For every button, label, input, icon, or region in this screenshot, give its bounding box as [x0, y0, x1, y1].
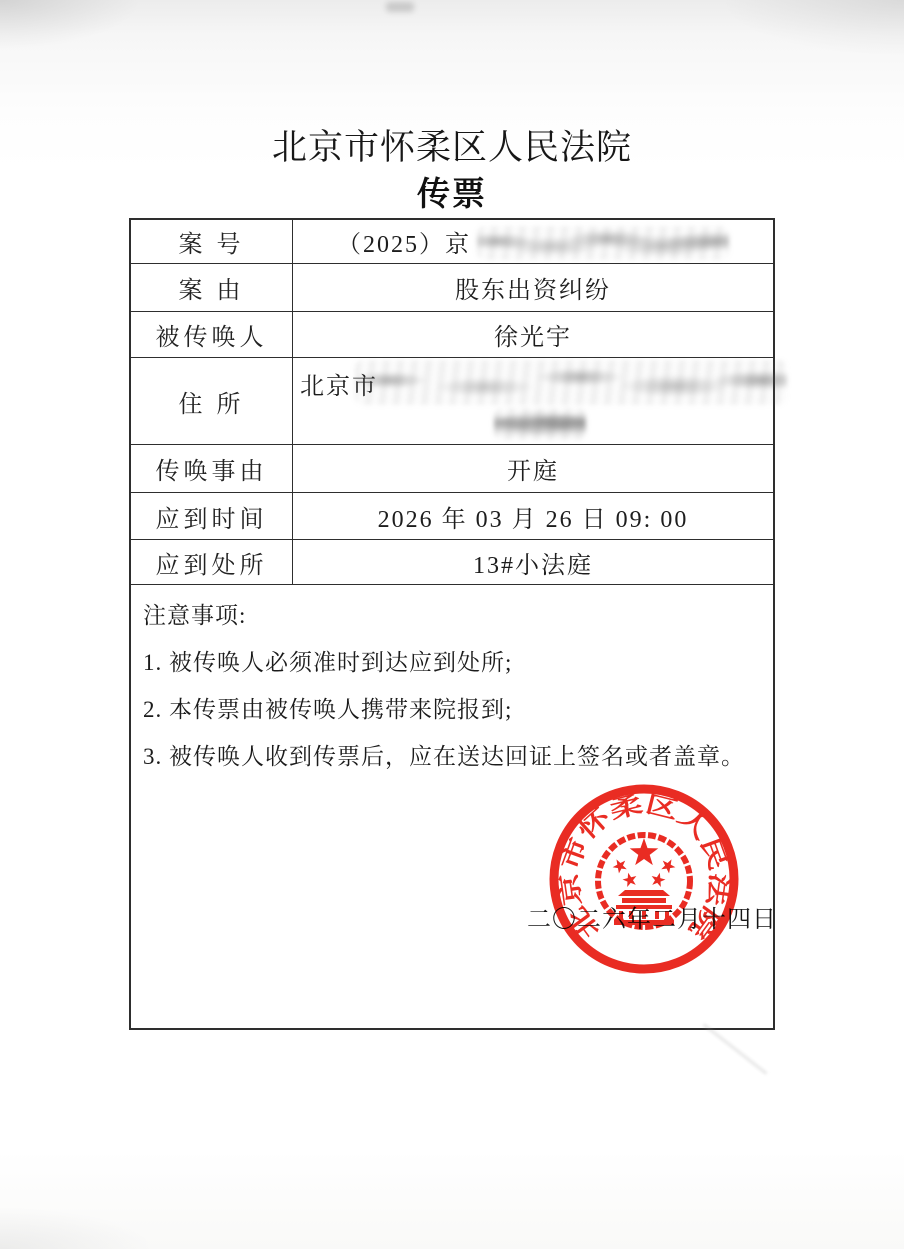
notes-block: 注意事项: 1. 被传唤人必须准时到达应到处所; 2. 本传票由被传唤人携带来院…: [131, 585, 773, 778]
appear-time-label: 应到时间: [131, 493, 293, 539]
appear-time-value: 2026 年 03 月 26 日 09: 00: [293, 493, 773, 539]
table-row-cause: 案 由 股东出资纠纷: [131, 264, 773, 312]
summons-reason-label: 传唤事由: [131, 445, 293, 492]
case-number-value-cell: （2025）京: [293, 220, 773, 263]
appear-place-label: 应到处所: [131, 540, 293, 584]
court-seal: 北京市怀柔区人民法院: [544, 779, 744, 979]
address-value-cell: 北京市: [293, 358, 773, 444]
case-number-value: （2025）京: [337, 224, 471, 259]
document-title: 传票: [0, 168, 904, 215]
table-row-summoned-person: 被传唤人 徐光宇: [131, 312, 773, 358]
table-row-appear-place: 应到处所 13#小法庭: [131, 540, 773, 585]
table-row-address: 住 所 北京市: [131, 358, 773, 445]
photo-artifact-scratch: [703, 1024, 767, 1075]
summons-reason-value: 开庭: [293, 445, 773, 492]
address-redaction-smudge-line1: [355, 360, 787, 405]
note-item-1: 1. 被传唤人必须准时到达应到处所;: [143, 637, 761, 684]
court-name-heading: 北京市怀柔区人民法院: [0, 120, 904, 170]
summoned-person-label: 被传唤人: [131, 312, 293, 357]
case-number-label: 案 号: [131, 220, 293, 263]
summons-document-photo: 北京市怀柔区人民法院 传票 案 号 （2025）京 案 由 股东出资纠纷 被传唤…: [0, 0, 904, 1249]
national-emblem-icon: [598, 835, 690, 927]
cause-value: 股东出资纠纷: [293, 264, 773, 311]
appear-place-value: 13#小法庭: [293, 540, 773, 584]
table-row-appear-time: 应到时间 2026 年 03 月 26 日 09: 00: [131, 493, 773, 540]
note-item-3: 3. 被传唤人收到传票后，应在送达回证上签名或者盖章。: [143, 731, 761, 778]
address-redaction-smudge-line2: [494, 408, 586, 440]
case-number-redaction-smudge: [477, 226, 729, 260]
photo-artifact-smudge: [386, 2, 414, 12]
cause-label: 案 由: [131, 264, 293, 311]
table-row-case-number: 案 号 （2025）京: [131, 220, 773, 264]
notes-heading: 注意事项:: [143, 590, 761, 637]
table-row-summons-reason: 传唤事由 开庭: [131, 445, 773, 493]
address-label: 住 所: [131, 358, 293, 444]
summoned-person-value: 徐光宇: [293, 312, 773, 357]
note-item-2: 2. 本传票由被传唤人携带来院报到;: [143, 684, 761, 731]
